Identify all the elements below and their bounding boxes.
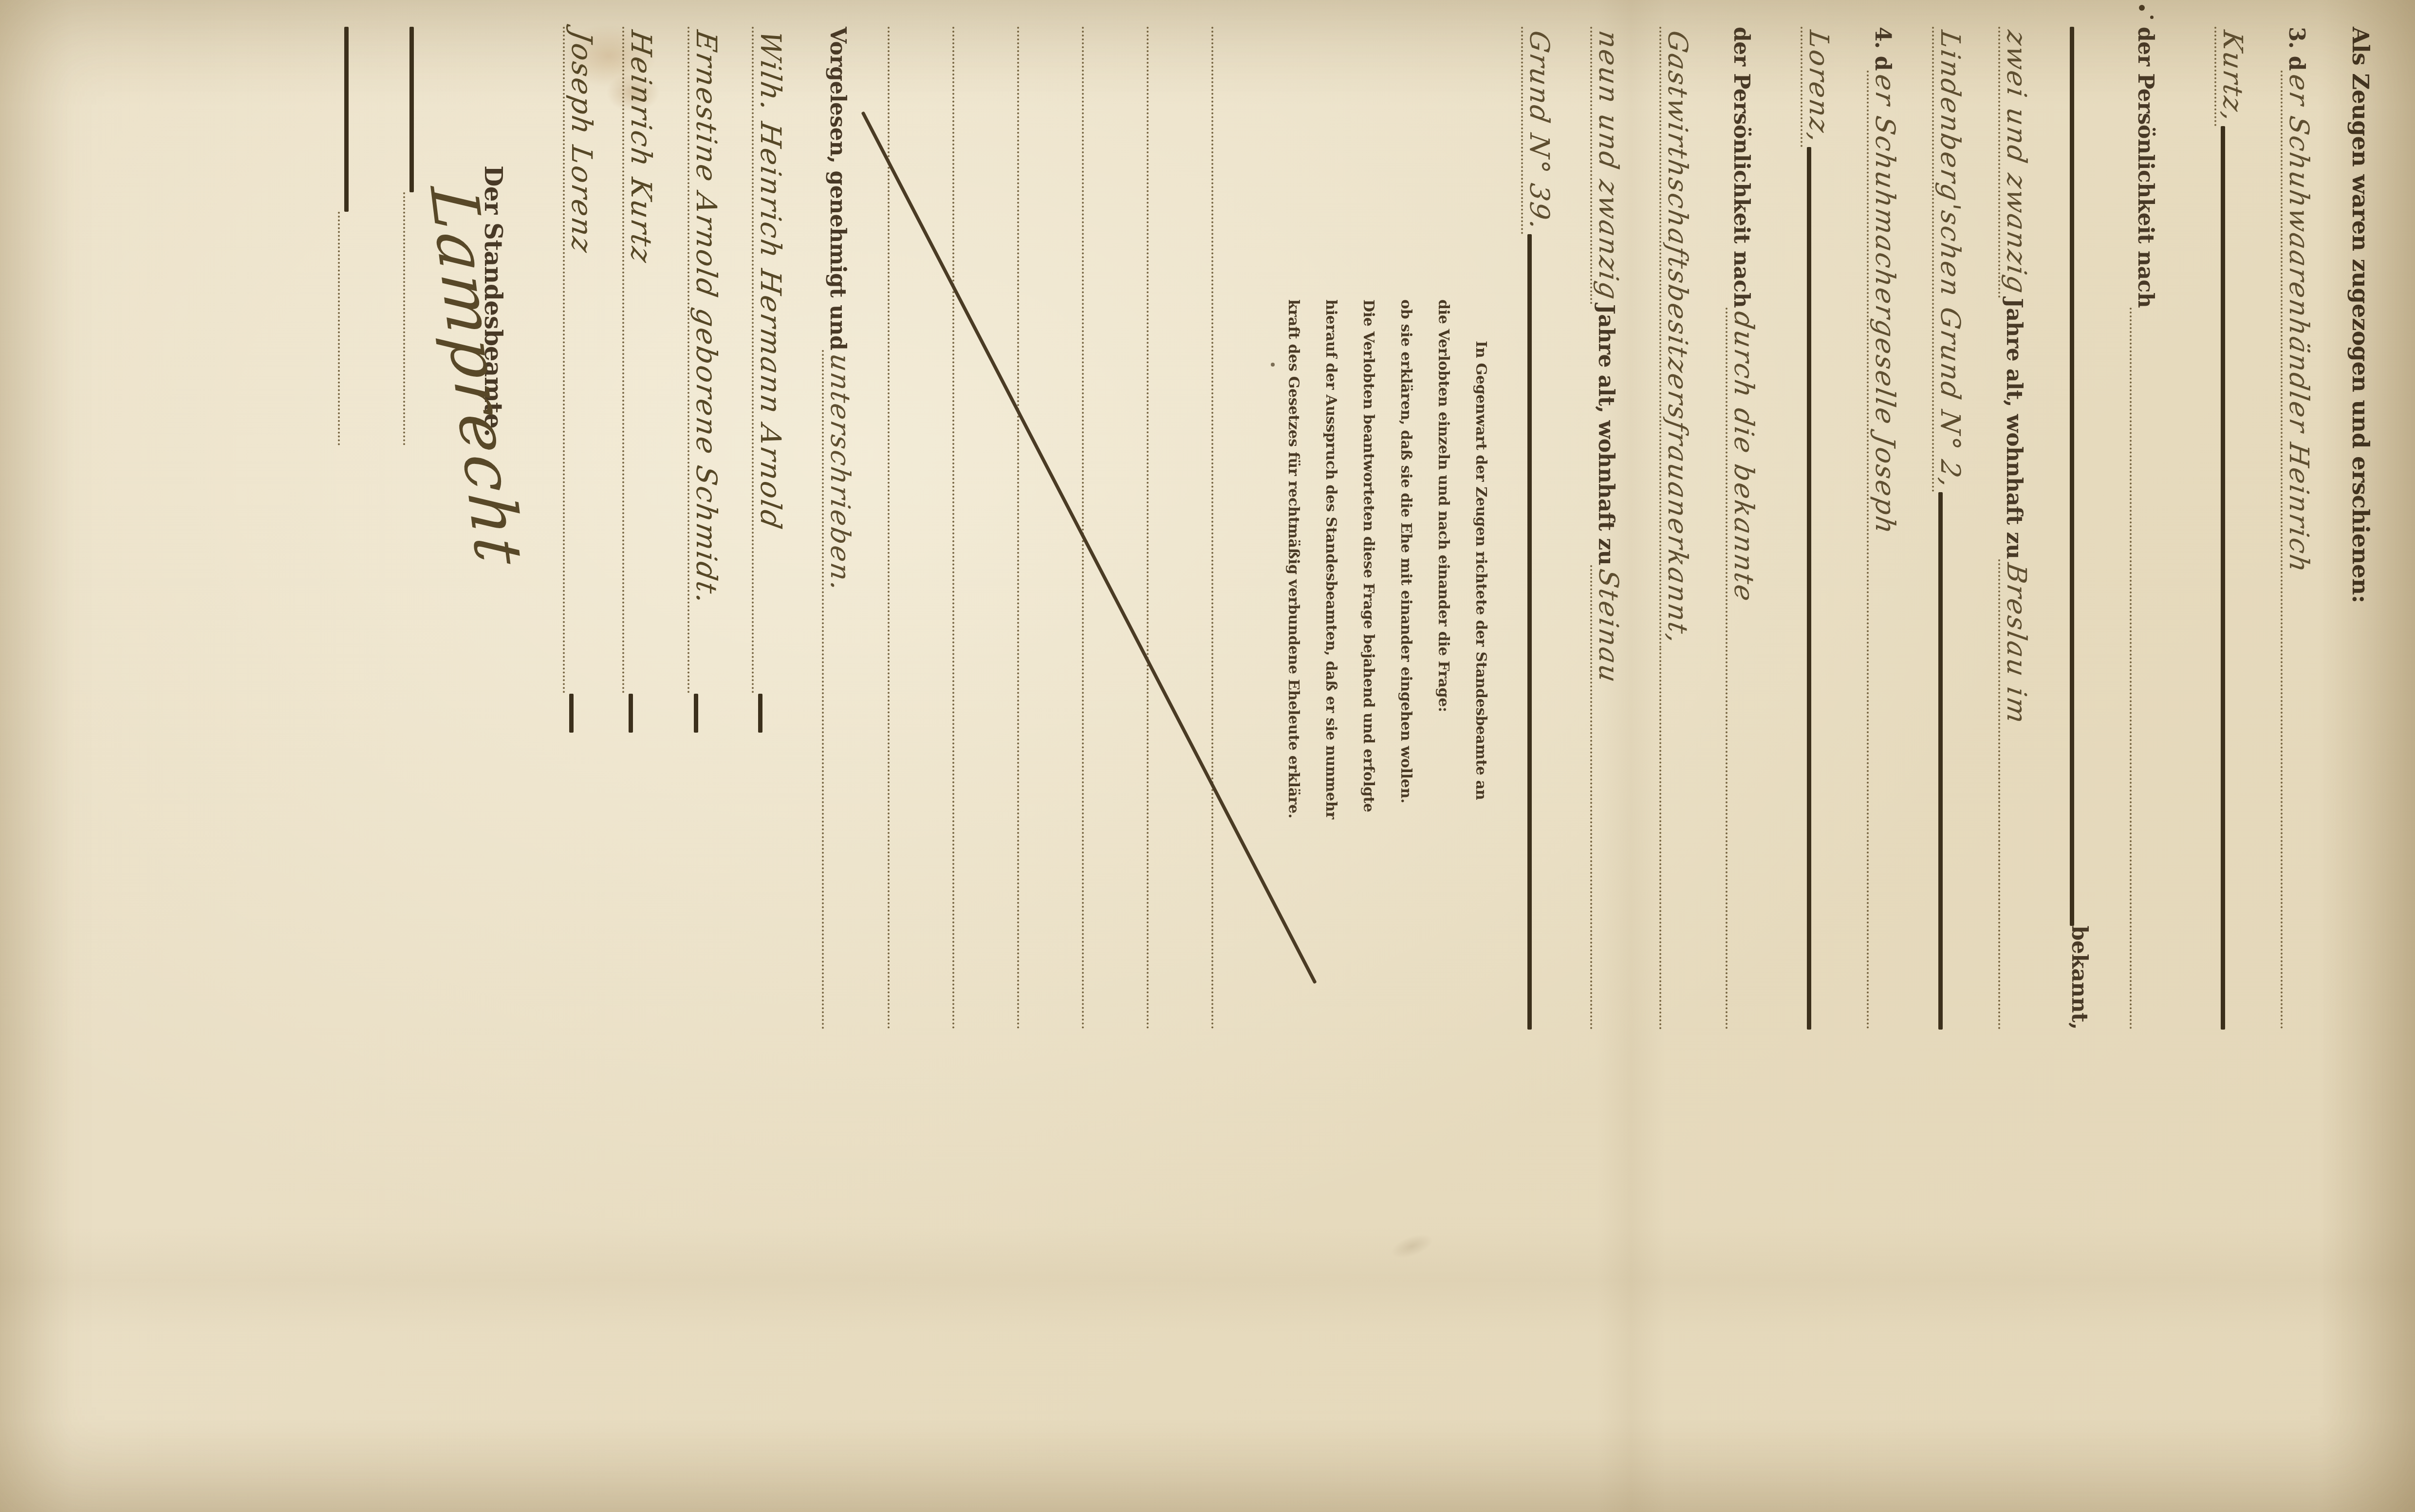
- handwriting-witness3-address: Lindenberg'schen Grund N° 2,: [1934, 28, 1964, 491]
- declaration-line: ob sie erklären, daß sie die Ehe mit ein…: [1387, 299, 1425, 908]
- form-line-witness3-name2: Kurtz,: [2214, 27, 2261, 1030]
- ink-strike: [569, 694, 574, 733]
- fill-in-slot: Joseph Lorenz: [563, 27, 596, 694]
- ink-strike: [1807, 147, 1811, 1030]
- handwriting-witness4-identity2: Gastwirthschaftsbesitzersfrau: [1661, 28, 1691, 484]
- ink-strike: [409, 27, 414, 192]
- handwriting-witness4-anerkannt: anerkannt,: [1661, 479, 1691, 646]
- dotted-rule: [1211, 27, 1213, 1030]
- ink-strike: [2070, 27, 2074, 926]
- witness4-number: 4. d: [1867, 27, 1893, 71]
- handwriting-witness3-city: Breslau im: [2000, 561, 2030, 726]
- form-line-witness4-name: 4. d er Schuhmachergeselle Joseph: [1867, 27, 1913, 1030]
- form-line-witness3-age: zwei und zwanzig Jahre alt, wohnhaft zu …: [1998, 27, 2045, 1030]
- ink-strike: [629, 694, 633, 733]
- fill-in-slot: durch die bekannte: [1726, 308, 1757, 1030]
- dotted-rule: [1082, 27, 1084, 1030]
- fill-in-slot: Grund N° 39.: [1521, 27, 1553, 234]
- form-line-witness4-identity: der Persönlichkeit nach durch die bekann…: [1726, 27, 1772, 1030]
- signature-line-bride: Ernestine Arnold geborene Schmidt.: [687, 27, 734, 733]
- signature-witness3: Heinrich Kurtz: [624, 28, 655, 266]
- fill-in-slot: Breslau im: [1998, 559, 2030, 1030]
- handwriting-witness4-identity: durch die bekannte: [1728, 309, 1757, 605]
- identity-label: der Persönlichkeit nach: [2130, 27, 2156, 308]
- identity-label: der Persönlichkeit nach: [1726, 27, 1752, 308]
- fill-in-slot: Lorenz,: [1801, 27, 1832, 147]
- form-line-witness4-name2: Lorenz,: [1801, 27, 1847, 1030]
- form-line-witness4-identity2: Gastwirthschaftsbesitzersfrau anerkannt,: [1659, 27, 1706, 1030]
- empty-ruled-line: [1082, 27, 1129, 1030]
- form-line-witness4-address: Grund N° 39.: [1521, 27, 1568, 1030]
- dotted-rule: [1147, 27, 1149, 1030]
- paper-background: Als Zeugen waren zugezogen und erschiene…: [0, 0, 2415, 1512]
- bekannt-label: bekannt,: [2063, 926, 2090, 1030]
- bottom-ruled-line: [338, 27, 385, 445]
- dotted-rule: [888, 27, 890, 1030]
- dotted-rule: [952, 27, 954, 1030]
- ink-strike: [758, 694, 762, 733]
- dotted-rule: [2130, 308, 2132, 1030]
- witness3-number: 3. d: [2281, 27, 2307, 71]
- fill-in-slot: Gastwirthschaftsbesitzersfrau anerkannt,: [1659, 27, 1691, 648]
- ink-strike: [1527, 234, 1532, 1030]
- dotted-rule: [338, 212, 340, 445]
- handwriting-witness3-name: er Schuhwaarenhändler Heinrich: [2283, 72, 2312, 575]
- signature-bride: Ernestine Arnold geborene Schmidt.: [689, 28, 721, 607]
- handwriting-witness4-address: Grund N° 39.: [1523, 28, 1553, 233]
- fill-in-slot: unterschrieben.: [822, 350, 854, 1030]
- form-line-witness3-identity: der Persönlichkeit nach: [2130, 27, 2176, 1030]
- empty-ruled-line: [1147, 27, 1193, 1030]
- signature-line-witness4: Joseph Lorenz: [563, 27, 610, 733]
- ink-strike: [2221, 126, 2225, 1030]
- handwriting-witness3-age: zwei und zwanzig: [2000, 28, 2030, 296]
- declaration-paragraph: In Gegenwart der Zeugen richtete der Sta…: [1275, 299, 1500, 908]
- ink-strike: [344, 27, 349, 212]
- declaration-line: kraft des Gesetzes für rechtmäßig verbun…: [1275, 299, 1312, 908]
- declaration-line: hierauf der Ausspruch des Standesbeamten…: [1312, 299, 1350, 908]
- fill-in-slot: Heinrich Kurtz: [622, 27, 655, 694]
- fill-in-slot: Kurtz,: [2214, 27, 2246, 126]
- empty-ruled-line: [1017, 27, 1064, 1030]
- signature-groom: Wilh. Heinrich Hermann Arnold: [754, 28, 785, 532]
- fill-in-slot: er Schuhmachergeselle Joseph: [1867, 71, 1898, 1030]
- closing-label: Vorgelesen, genehmigt und: [822, 27, 848, 350]
- dotted-rule: [1659, 648, 1661, 1030]
- fill-in-slot: Wilh. Heinrich Hermann Arnold: [752, 27, 785, 694]
- form-line-witness3-name: 3. d er Schuhwaarenhändler Heinrich: [2281, 27, 2327, 1030]
- fill-in-slot: Steinau: [1590, 565, 1622, 1030]
- handwriting-closing: unterschrieben.: [824, 351, 854, 594]
- empty-ruled-line: [952, 27, 999, 1030]
- scanned-registry-page: { "page": { "paper_color": "#e8ddc2", "p…: [0, 0, 2415, 1512]
- fill-in-slot: Ernestine Arnold geborene Schmidt.: [687, 27, 721, 694]
- declaration-line: In Gegenwart der Zeugen richtete der Sta…: [1462, 299, 1500, 908]
- declaration-line: Die Verlobten beantworteten diese Frage …: [1350, 299, 1387, 908]
- form-line-witness3-address: Lindenberg'schen Grund N° 2,: [1932, 27, 1979, 1030]
- form-line-witness4-age: neun und zwanzig Jahre alt, wohnhaft zu …: [1590, 27, 1637, 1030]
- declaration-line: die Verlobten einzeln und nach einander …: [1425, 299, 1462, 908]
- form-line-closing: Vorgelesen, genehmigt und unterschrieben…: [822, 27, 869, 1030]
- age-label: Jahre alt, wohnhaft zu: [1998, 298, 2025, 559]
- handwriting-witness3-surname: Kurtz,: [2216, 28, 2246, 125]
- ink-strike: [1938, 492, 1943, 1030]
- ink-strike: [694, 694, 698, 733]
- dotted-rule: [403, 192, 405, 445]
- form-line-witness3-bekannt: bekannt,: [2063, 27, 2110, 1030]
- handwriting-witness4-name: er Schuhmachergeselle Joseph: [1869, 72, 1898, 537]
- handwriting-witness4-surname: Lorenz,: [1802, 28, 1832, 146]
- age-label: Jahre alt, wohnhaft zu: [1590, 304, 1616, 565]
- handwriting-witness4-city: Steinau: [1592, 567, 1622, 685]
- fill-in-slot: Lindenberg'schen Grund N° 2,: [1932, 27, 1964, 492]
- document-sheet: Als Zeugen waren zugezogen und erschiene…: [0, 0, 2415, 1512]
- fill-in-slot: er Schuhwaarenhändler Heinrich: [2281, 71, 2312, 1030]
- handwriting-witness4-age: neun und zwanzig: [1592, 28, 1622, 303]
- signature-line-groom: Wilh. Heinrich Hermann Arnold: [752, 27, 799, 733]
- form-heading-line: Als Zeugen waren zugezogen und erschiene…: [2344, 27, 2391, 1030]
- fill-in-slot: neun und zwanzig: [1590, 27, 1622, 304]
- fill-in-slot: zwei und zwanzig: [1998, 27, 2030, 298]
- heading-text: Als Zeugen waren zugezogen und erschiene…: [2344, 27, 2372, 603]
- empty-ruled-line: [1211, 27, 1258, 1030]
- signature-line-witness3: Heinrich Kurtz: [622, 27, 669, 733]
- dotted-rule: [1017, 27, 1019, 1030]
- signature-witness4: Joseph Lorenz: [565, 28, 596, 256]
